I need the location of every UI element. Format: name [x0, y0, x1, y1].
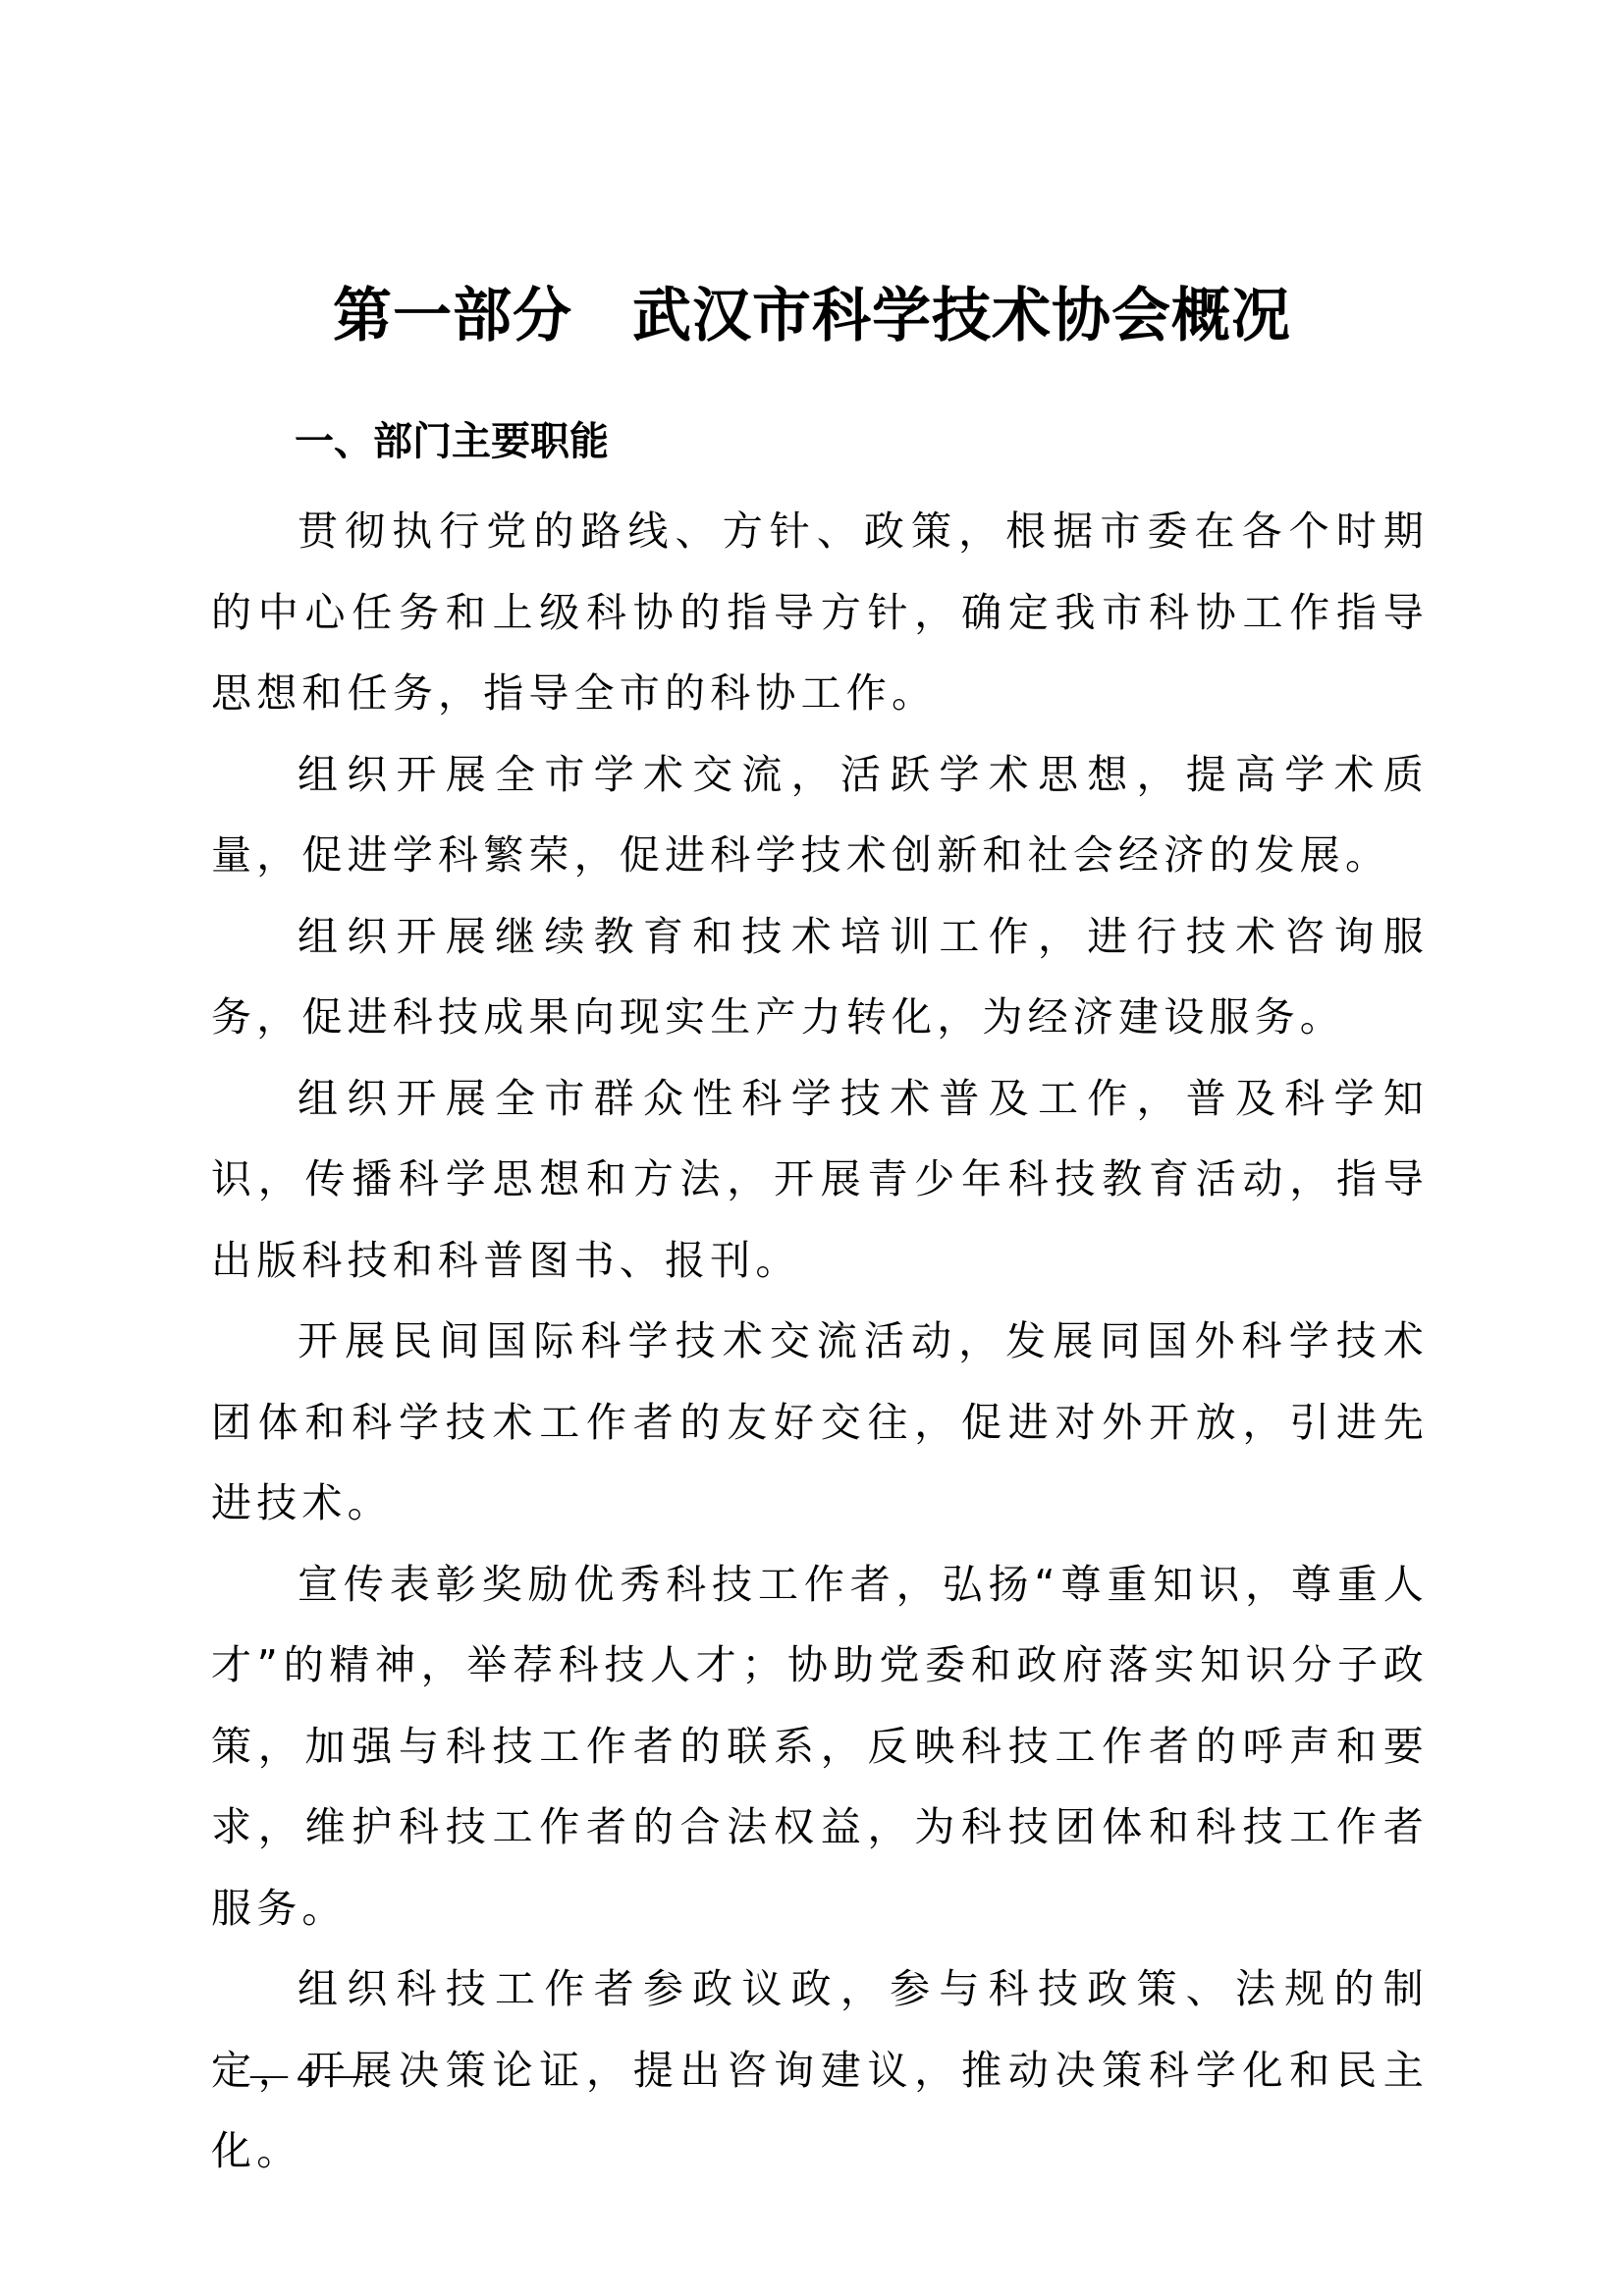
paragraph: 开展民间国际科学技术交流活动，发展同国外科学技术团体和科学技术工作者的友好交往，… — [211, 1301, 1429, 1544]
paragraph: 贯彻执行党的路线、方针、政策，根据市委在各个时期的中心任务和上级科协的指导方针，… — [211, 491, 1429, 734]
paragraph: 组织开展全市群众性科学技术普及工作，普及科学知识，传播科学思想和方法，开展青少年… — [211, 1058, 1429, 1302]
page-title: 第一部分 武汉市科学技术协会概况 — [0, 277, 1624, 355]
paragraph: 组织开展继续教育和技术培训工作，进行技术咨询服务，促进科技成果向现实生产力转化，… — [211, 896, 1429, 1058]
section-heading: 一、部门主要职能 — [295, 412, 609, 471]
paragraph: 组织科技工作者参政议政，参与科技政策、法规的制定，开展决策论证，提出咨询建议，推… — [211, 1949, 1429, 2192]
section-body: 贯彻执行党的路线、方针、政策，根据市委在各个时期的中心任务和上级科协的指导方针，… — [211, 491, 1429, 2192]
page-number: — 4 — — [250, 2050, 362, 2099]
paragraph: 组织开展全市学术交流，活跃学术思想，提高学术质量，促进学科繁荣，促进科学技术创新… — [211, 734, 1429, 896]
document-page: 第一部分 武汉市科学技术协会概况 一、部门主要职能 贯彻执行党的路线、方针、政策… — [0, 0, 1624, 2296]
paragraph: 宣传表彰奖励优秀科技工作者，弘扬“尊重知识，尊重人才”的精神，举荐科技人才；协助… — [211, 1544, 1429, 1949]
